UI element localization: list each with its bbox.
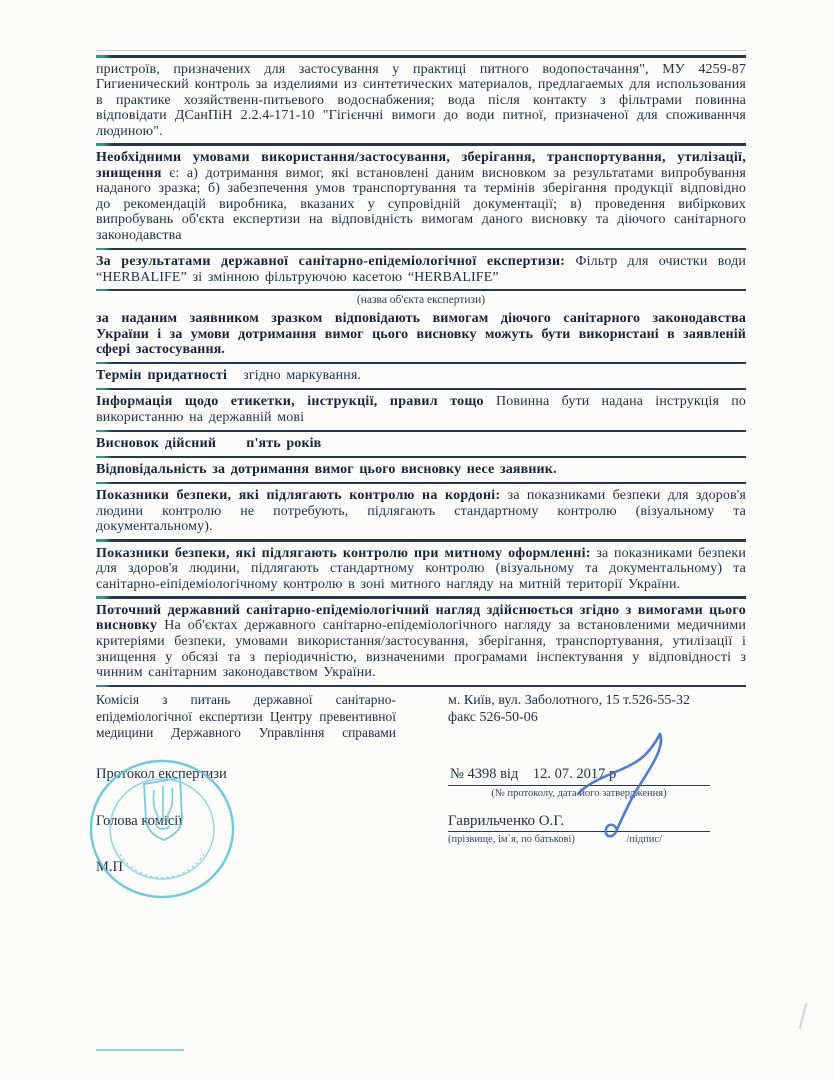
- section-label-info: Інформація щодо етикетки, інструкції, пр…: [96, 392, 746, 428]
- intro-text: пристроїв, призначених для застосування …: [96, 62, 746, 139]
- pen-mark: [799, 1003, 807, 1029]
- intro-paragraph: пристроїв, призначених для застосування …: [96, 60, 746, 143]
- section-rule: [96, 362, 746, 365]
- section-shelf-life: Термін придатностізгідно маркування.: [96, 366, 746, 387]
- section-rule: [96, 430, 746, 433]
- section-rule: [96, 55, 746, 58]
- section-rule: [96, 143, 746, 146]
- section-rule: [96, 456, 746, 459]
- validity-lead: Висновок дійсний: [96, 436, 216, 451]
- section-rule: [96, 248, 746, 251]
- address-block: м. Київ, вул. Заболотного, 15 т.526-55-3…: [448, 692, 738, 726]
- responsibility-paragraph: Відповідальність за дотримання вимог цьо…: [96, 460, 746, 481]
- section-rule: [96, 685, 746, 688]
- seal-text-arc: [120, 854, 204, 878]
- section-surveillance: Поточний державний санітарно-епідеміолог…: [96, 601, 746, 684]
- results-lead: За результатами державної санітарно-епід…: [96, 254, 565, 269]
- commission-block: Комісія з питань державної санітарно-епі…: [96, 692, 396, 742]
- shelf-life-lead: Термін придатності: [96, 368, 227, 383]
- border-control-lead: Показники безпеки, які підлягають контро…: [96, 488, 500, 503]
- chairman-name: Гаврильченко О.Г.: [448, 813, 564, 830]
- section-rule: [96, 539, 746, 542]
- section-border-control: Показники безпеки, які підлягають контро…: [96, 486, 746, 538]
- round-seal-stamp: [86, 756, 238, 906]
- section-results: За результатами державної санітарно-епід…: [96, 252, 746, 288]
- conditions-text: є: а) дотримання вимог, які встановлені …: [96, 166, 746, 243]
- address-line-1: м. Київ, вул. Заболотного, 15 т.526-55-3…: [448, 692, 738, 709]
- object-caption: (назва об'єкта експертизи): [96, 293, 746, 309]
- label-info-lead: Інформація щодо етикетки, інструкції, пр…: [96, 394, 484, 409]
- address-line-2: факс 526-50-06: [448, 709, 738, 726]
- section-rule: [96, 482, 746, 485]
- section-rule: [96, 289, 746, 291]
- trident-icon: [144, 778, 182, 840]
- surveillance-text: На об'єктах державного санітарно-епідемі…: [96, 618, 746, 680]
- validity-text: п'ять років: [246, 436, 321, 451]
- document-page: пристроїв, призначених для застосування …: [0, 0, 834, 1080]
- section-rule: [96, 596, 746, 599]
- scan-shadow-line: [96, 50, 746, 51]
- section-validity: Висновок дійснийп'ять років: [96, 434, 746, 455]
- section-rule: [96, 388, 746, 391]
- compliance-paragraph: за наданим заявником зразком відповідают…: [96, 309, 746, 361]
- scan-artifact-line: [96, 1049, 184, 1051]
- section-conditions: Необхідними умовами використання/застосу…: [96, 148, 746, 247]
- shelf-life-text: згідно маркування.: [243, 368, 361, 383]
- section-customs-control: Показники безпеки, які підлягають контро…: [96, 544, 746, 596]
- signature-scribble: [548, 728, 718, 843]
- customs-control-lead: Показники безпеки, які підлягають контро…: [96, 546, 591, 561]
